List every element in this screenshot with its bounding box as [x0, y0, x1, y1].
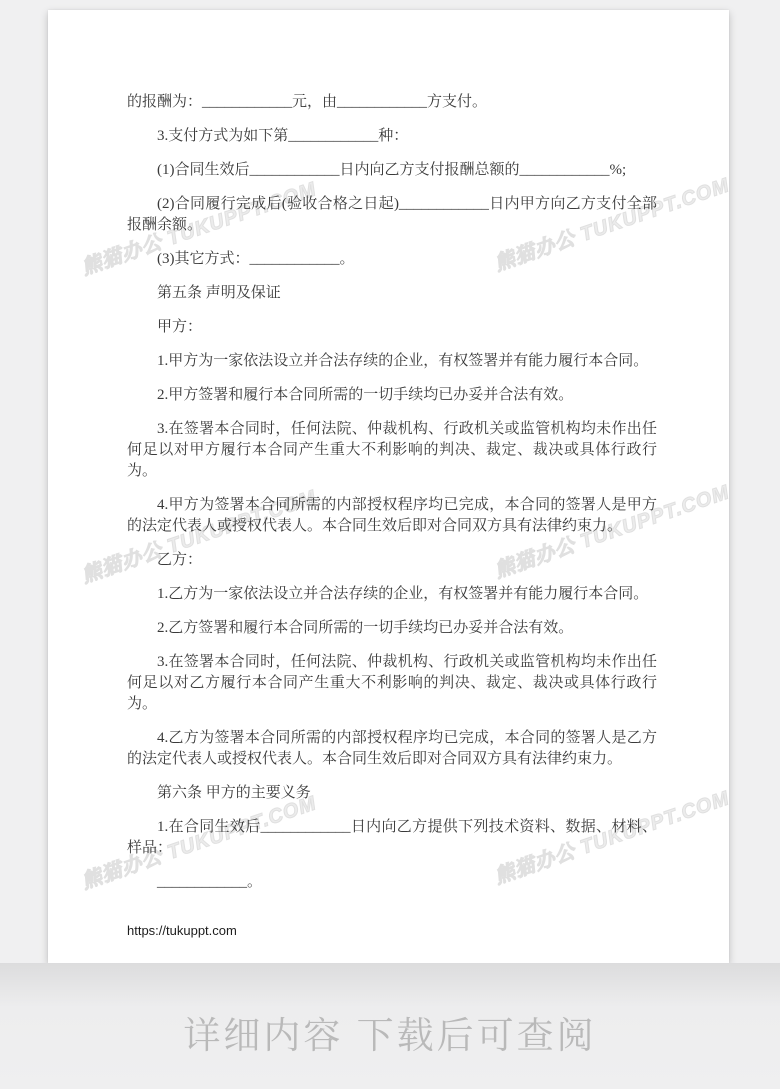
paragraph: 第五条 声明及保证 — [127, 283, 657, 304]
paragraph: ____________。 — [127, 872, 657, 893]
paragraph: 1.乙方为一家依法设立并合法存续的企业，有权签署并有能力履行本合同。 — [127, 584, 657, 605]
footer-url: https://tukuppt.com — [127, 920, 657, 941]
paragraph: 4.乙方为签署本合同所需的内部授权程序均已完成，本合同的签署人是乙方的法定代表人… — [127, 728, 657, 770]
paragraph: 第六条 甲方的主要义务 — [127, 783, 657, 804]
paragraph: 甲方： — [127, 317, 657, 338]
paragraph: 4.甲方为签署本合同所需的内部授权程序均已完成，本合同的签署人是甲方的法定代表人… — [127, 495, 657, 537]
paragraph: 乙方： — [127, 550, 657, 571]
document-page: 熊猫办公 TUKUPPT.COM 熊猫办公 TUKUPPT.COM 熊猫办公 T… — [48, 10, 729, 963]
paragraph: (2)合同履行完成后(验收合格之日起)____________日内甲方向乙方支付… — [127, 194, 657, 236]
bottom-banner: 详细内容 下载后可查阅 — [0, 963, 780, 1089]
paragraph: 1.甲方为一家依法设立并合法存续的企业，有权签署并有能力履行本合同。 — [127, 351, 657, 372]
paragraph: 3.在签署本合同时，任何法院、仲裁机构、行政机关或监管机构均未作出任何足以对乙方… — [127, 652, 657, 715]
document-body: 的报酬为：____________元，由____________方支付。3.支付… — [48, 10, 729, 941]
paragraph: 的报酬为：____________元，由____________方支付。 — [127, 92, 657, 113]
paragraph: 3.支付方式为如下第____________种： — [127, 126, 657, 147]
banner-text: 详细内容 下载后可查阅 — [183, 993, 596, 1059]
preview-stage: 熊猫办公 TUKUPPT.COM 熊猫办公 TUKUPPT.COM 熊猫办公 T… — [0, 0, 780, 1089]
paragraph: (1)合同生效后____________日内向乙方支付报酬总额的________… — [127, 160, 657, 181]
paragraph: 2.甲方签署和履行本合同所需的一切手续均已办妥并合法有效。 — [127, 385, 657, 406]
paragraph: (3)其它方式：____________。 — [127, 249, 657, 270]
paragraph: 1.在合同生效后____________日内向乙方提供下列技术资料、数据、材料、… — [127, 817, 657, 859]
paragraph: 3.在签署本合同时，任何法院、仲裁机构、行政机关或监管机构均未作出任何足以对甲方… — [127, 419, 657, 482]
paragraph: 2.乙方签署和履行本合同所需的一切手续均已办妥并合法有效。 — [127, 618, 657, 639]
